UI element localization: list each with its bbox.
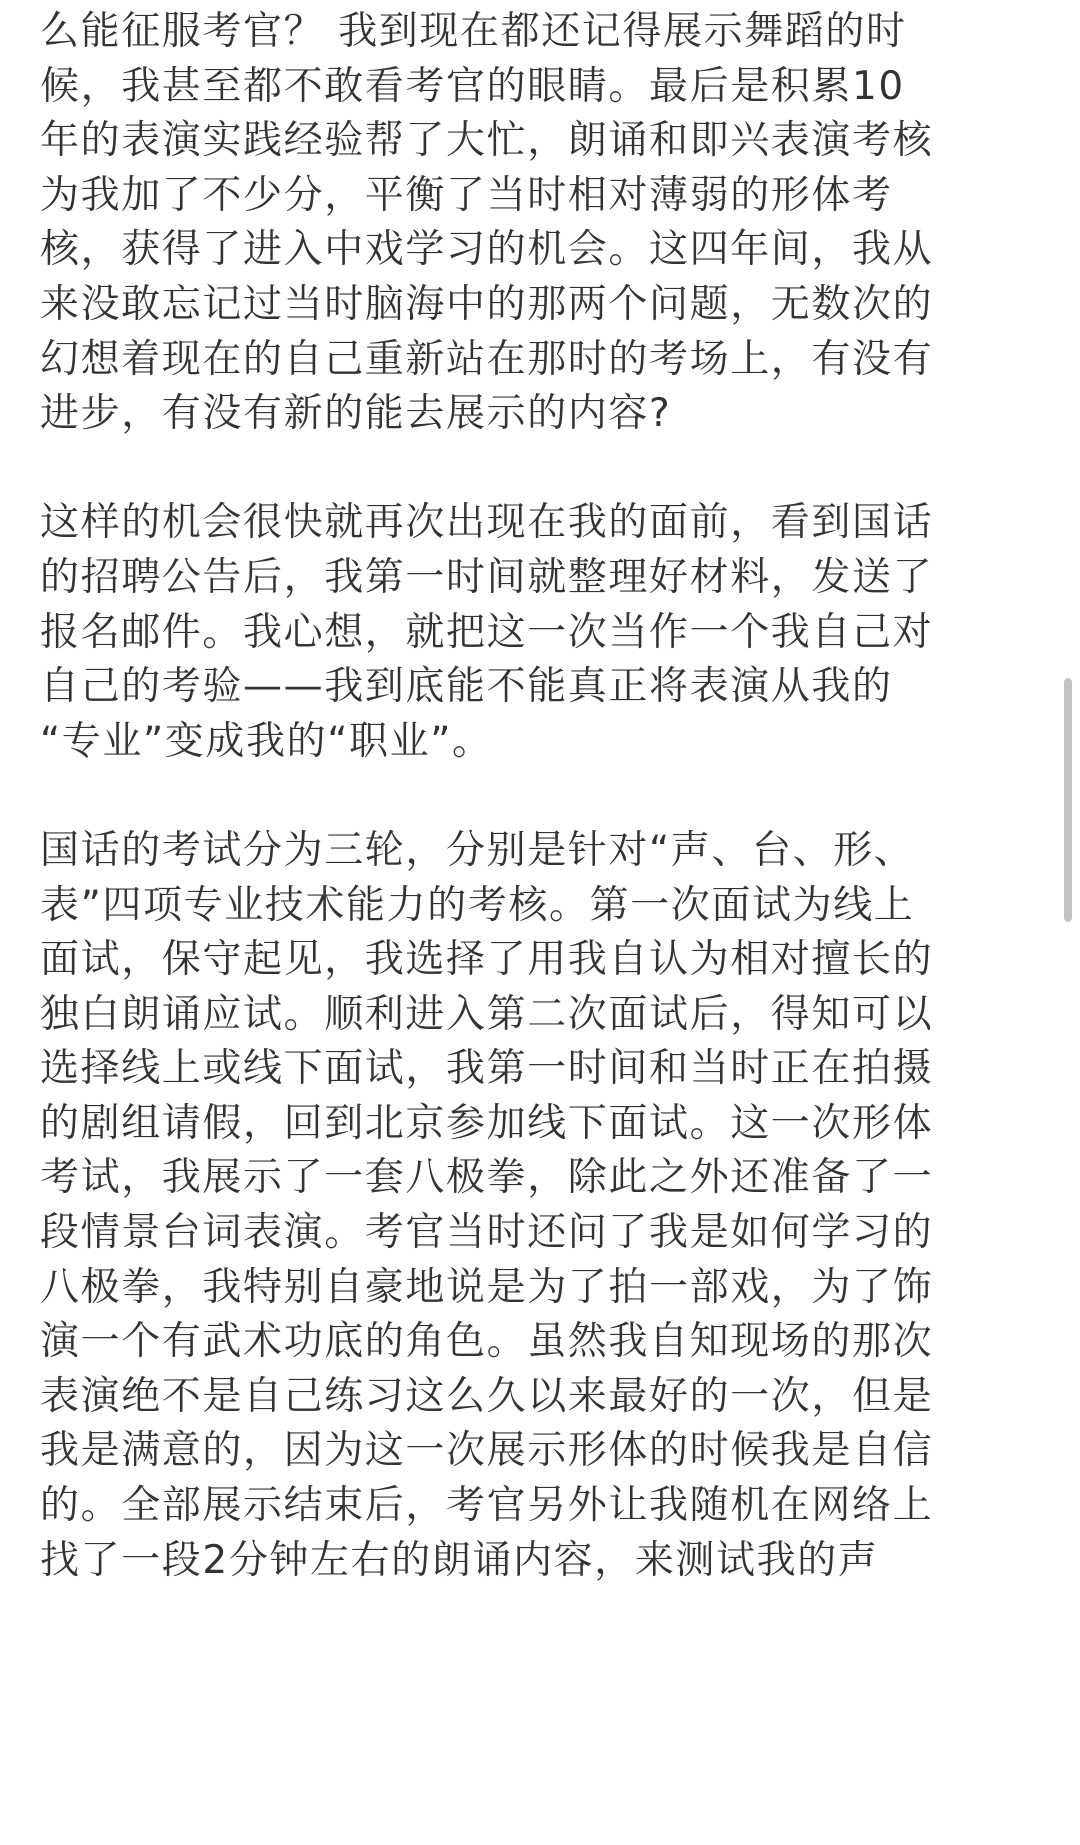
paragraph-2: 这样的机会很快就再次出现在我的面前，看到国话 的招聘公告后，我第一时间就整理好材… [40,496,1040,769]
text-line: 候，我甚至都不敢看考官的眼睛。最后是积累10 [40,60,1040,115]
text-line: 选择线上或线下面试，我第一时间和当时正在拍摄 [40,1042,1040,1097]
article-body: 么能征服考官？ 我到现在都还记得展示舞蹈的时 候，我甚至都不敢看考官的眼睛。最后… [40,5,1040,1588]
text-line: 核，获得了进入中戏学习的机会。这四年间，我从 [40,223,1040,278]
text-line: 独白朗诵应试。顺利进入第二次面试后，得知可以 [40,988,1040,1043]
vertical-scrollbar[interactable] [1064,0,1072,1845]
text-line: 八极拳，我特别自豪地说是为了拍一部戏，为了饰 [40,1261,1040,1316]
text-line: 的。全部展示结束后，考官另外让我随机在网络上 [40,1479,1040,1534]
text-line: 考试，我展示了一套八极拳，除此之外还准备了一 [40,1151,1040,1206]
text-line: 表”四项专业技术能力的考核。第一次面试为线上 [40,879,1040,934]
text-line: 面试，保守起见，我选择了用我自认为相对擅长的 [40,933,1040,988]
paragraph-gap [40,769,1040,824]
text-line: 自己的考验——我到底能不能真正将表演从我的 [40,660,1040,715]
text-line: 找了一段2分钟左右的朗诵内容，来测试我的声 [40,1534,1040,1589]
text-line: 演一个有武术功底的角色。虽然我自知现场的那次 [40,1315,1040,1370]
paragraph-gap [40,442,1040,497]
scrollbar-thumb[interactable] [1064,678,1072,922]
text-line: “专业”变成我的“职业”。 [40,715,1040,770]
text-line: 国话的考试分为三轮，分别是针对“声、台、形、 [40,824,1040,879]
text-line: 年的表演实践经验帮了大忙，朗诵和即兴表演考核 [40,114,1040,169]
text-line: 为我加了不少分，平衡了当时相对薄弱的形体考 [40,169,1040,224]
text-line: 幻想着现在的自己重新站在那时的考场上，有没有 [40,333,1040,388]
text-line: 表演绝不是自己练习这么久以来最好的一次，但是 [40,1370,1040,1425]
text-line: 报名邮件。我心想，就把这一次当作一个我自己对 [40,606,1040,661]
text-line: 这样的机会很快就再次出现在我的面前，看到国话 [40,496,1040,551]
text-line: 进步，有没有新的能去展示的内容? [40,387,1040,442]
paragraph-1: 么能征服考官？ 我到现在都还记得展示舞蹈的时 候，我甚至都不敢看考官的眼睛。最后… [40,5,1040,442]
text-line: 我是满意的，因为这一次展示形体的时候我是自信 [40,1424,1040,1479]
text-line: 段情景台词表演。考官当时还问了我是如何学习的 [40,1206,1040,1261]
paragraph-3: 国话的考试分为三轮，分别是针对“声、台、形、 表”四项专业技术能力的考核。第一次… [40,824,1040,1588]
text-line: 么能征服考官？ 我到现在都还记得展示舞蹈的时 [40,5,1040,60]
text-line: 来没敢忘记过当时脑海中的那两个问题，无数次的 [40,278,1040,333]
text-line: 的招聘公告后，我第一时间就整理好材料，发送了 [40,551,1040,606]
text-line: 的剧组请假，回到北京参加线下面试。这一次形体 [40,1097,1040,1152]
